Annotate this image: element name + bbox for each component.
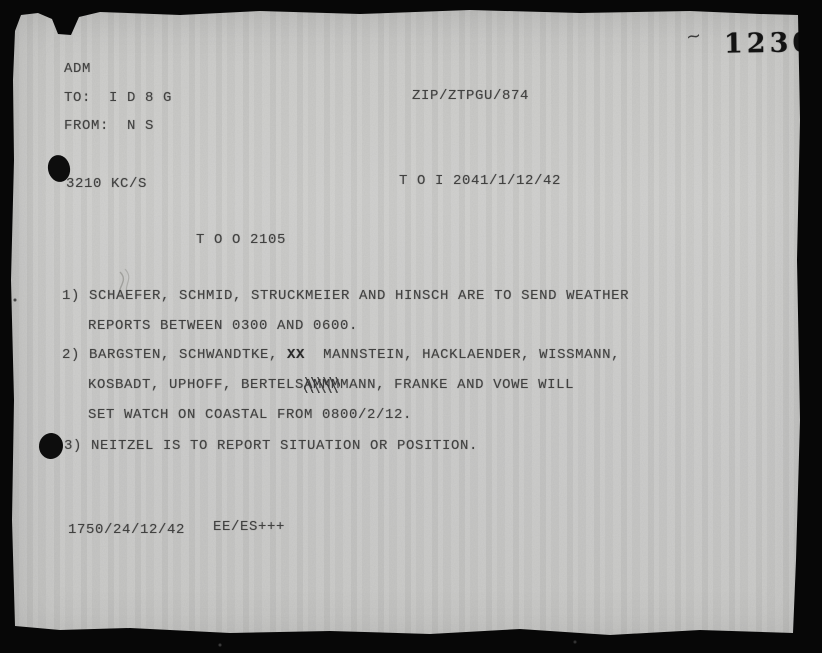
- footer-line: 1750/24/12/42EE/ES+++: [68, 522, 285, 538]
- message-item1-line1: 1) SCHAEFER, SCHMID, STRUCKMEIER AND HIN…: [62, 288, 629, 304]
- telegram-sheet: 1230 ~ ADM TO: I D 8 G ZIP/ZTPGU/874 FRO…: [0, 0, 822, 653]
- from-value: N S: [109, 118, 154, 134]
- operator-signature: EE/ES+++: [213, 519, 285, 535]
- routing-line: ADM: [64, 61, 91, 77]
- message-item2-line2: KOSBADT, UPHOFF, BERTELSAMMMMANN, FRANKE…: [88, 377, 574, 393]
- crossed-out-chars: AMMM: [304, 377, 340, 393]
- zip-reference: ZIP/ZTPGU/874: [412, 88, 529, 104]
- item2-line2-text: KOSBADT, UPHOFF, BERTELS: [88, 377, 304, 393]
- time-of-origin: T O O 2105: [196, 232, 286, 248]
- item2-line2-text-cont: MANN, FRANKE AND VOWE WILL: [340, 377, 574, 393]
- time-of-intercept: T O I 2041/1/12/42: [399, 173, 561, 189]
- overstruck-chars: XX: [287, 347, 305, 363]
- from-line: FROM: N S: [64, 118, 154, 134]
- serial-number-stamp: 1230: [724, 27, 816, 59]
- pen-tick-mark: ~: [685, 25, 703, 48]
- item2-line1-text-cont: MANNSTEIN, HACKLAENDER, WISSMANN,: [305, 347, 620, 363]
- scanned-telegram-page: 1230 ~ ADM TO: I D 8 G ZIP/ZTPGU/874 FRO…: [0, 0, 822, 653]
- message-item1-line2: REPORTS BETWEEN 0300 AND 0600.: [88, 318, 358, 334]
- message-item3: 3) NEITZEL IS TO REPORT SITUATION OR POS…: [64, 438, 478, 454]
- to-label: TO:: [64, 90, 91, 106]
- message-item2-line1: 2) BARGSTEN, SCHWANDTKE, XX MANNSTEIN, H…: [62, 347, 620, 363]
- punch-hole: [37, 431, 64, 460]
- to-value: I D 8 G: [91, 90, 172, 106]
- sent-timestamp: 1750/24/12/42: [68, 522, 185, 538]
- to-line: TO: I D 8 G: [64, 90, 172, 106]
- frequency-line: 3210 KC/S: [66, 176, 147, 192]
- from-label: FROM:: [64, 118, 109, 134]
- message-item2-line3: SET WATCH ON COASTAL FROM 0800/2/12.: [88, 407, 412, 423]
- item2-line1-text: 2) BARGSTEN, SCHWANDTKE,: [62, 347, 287, 363]
